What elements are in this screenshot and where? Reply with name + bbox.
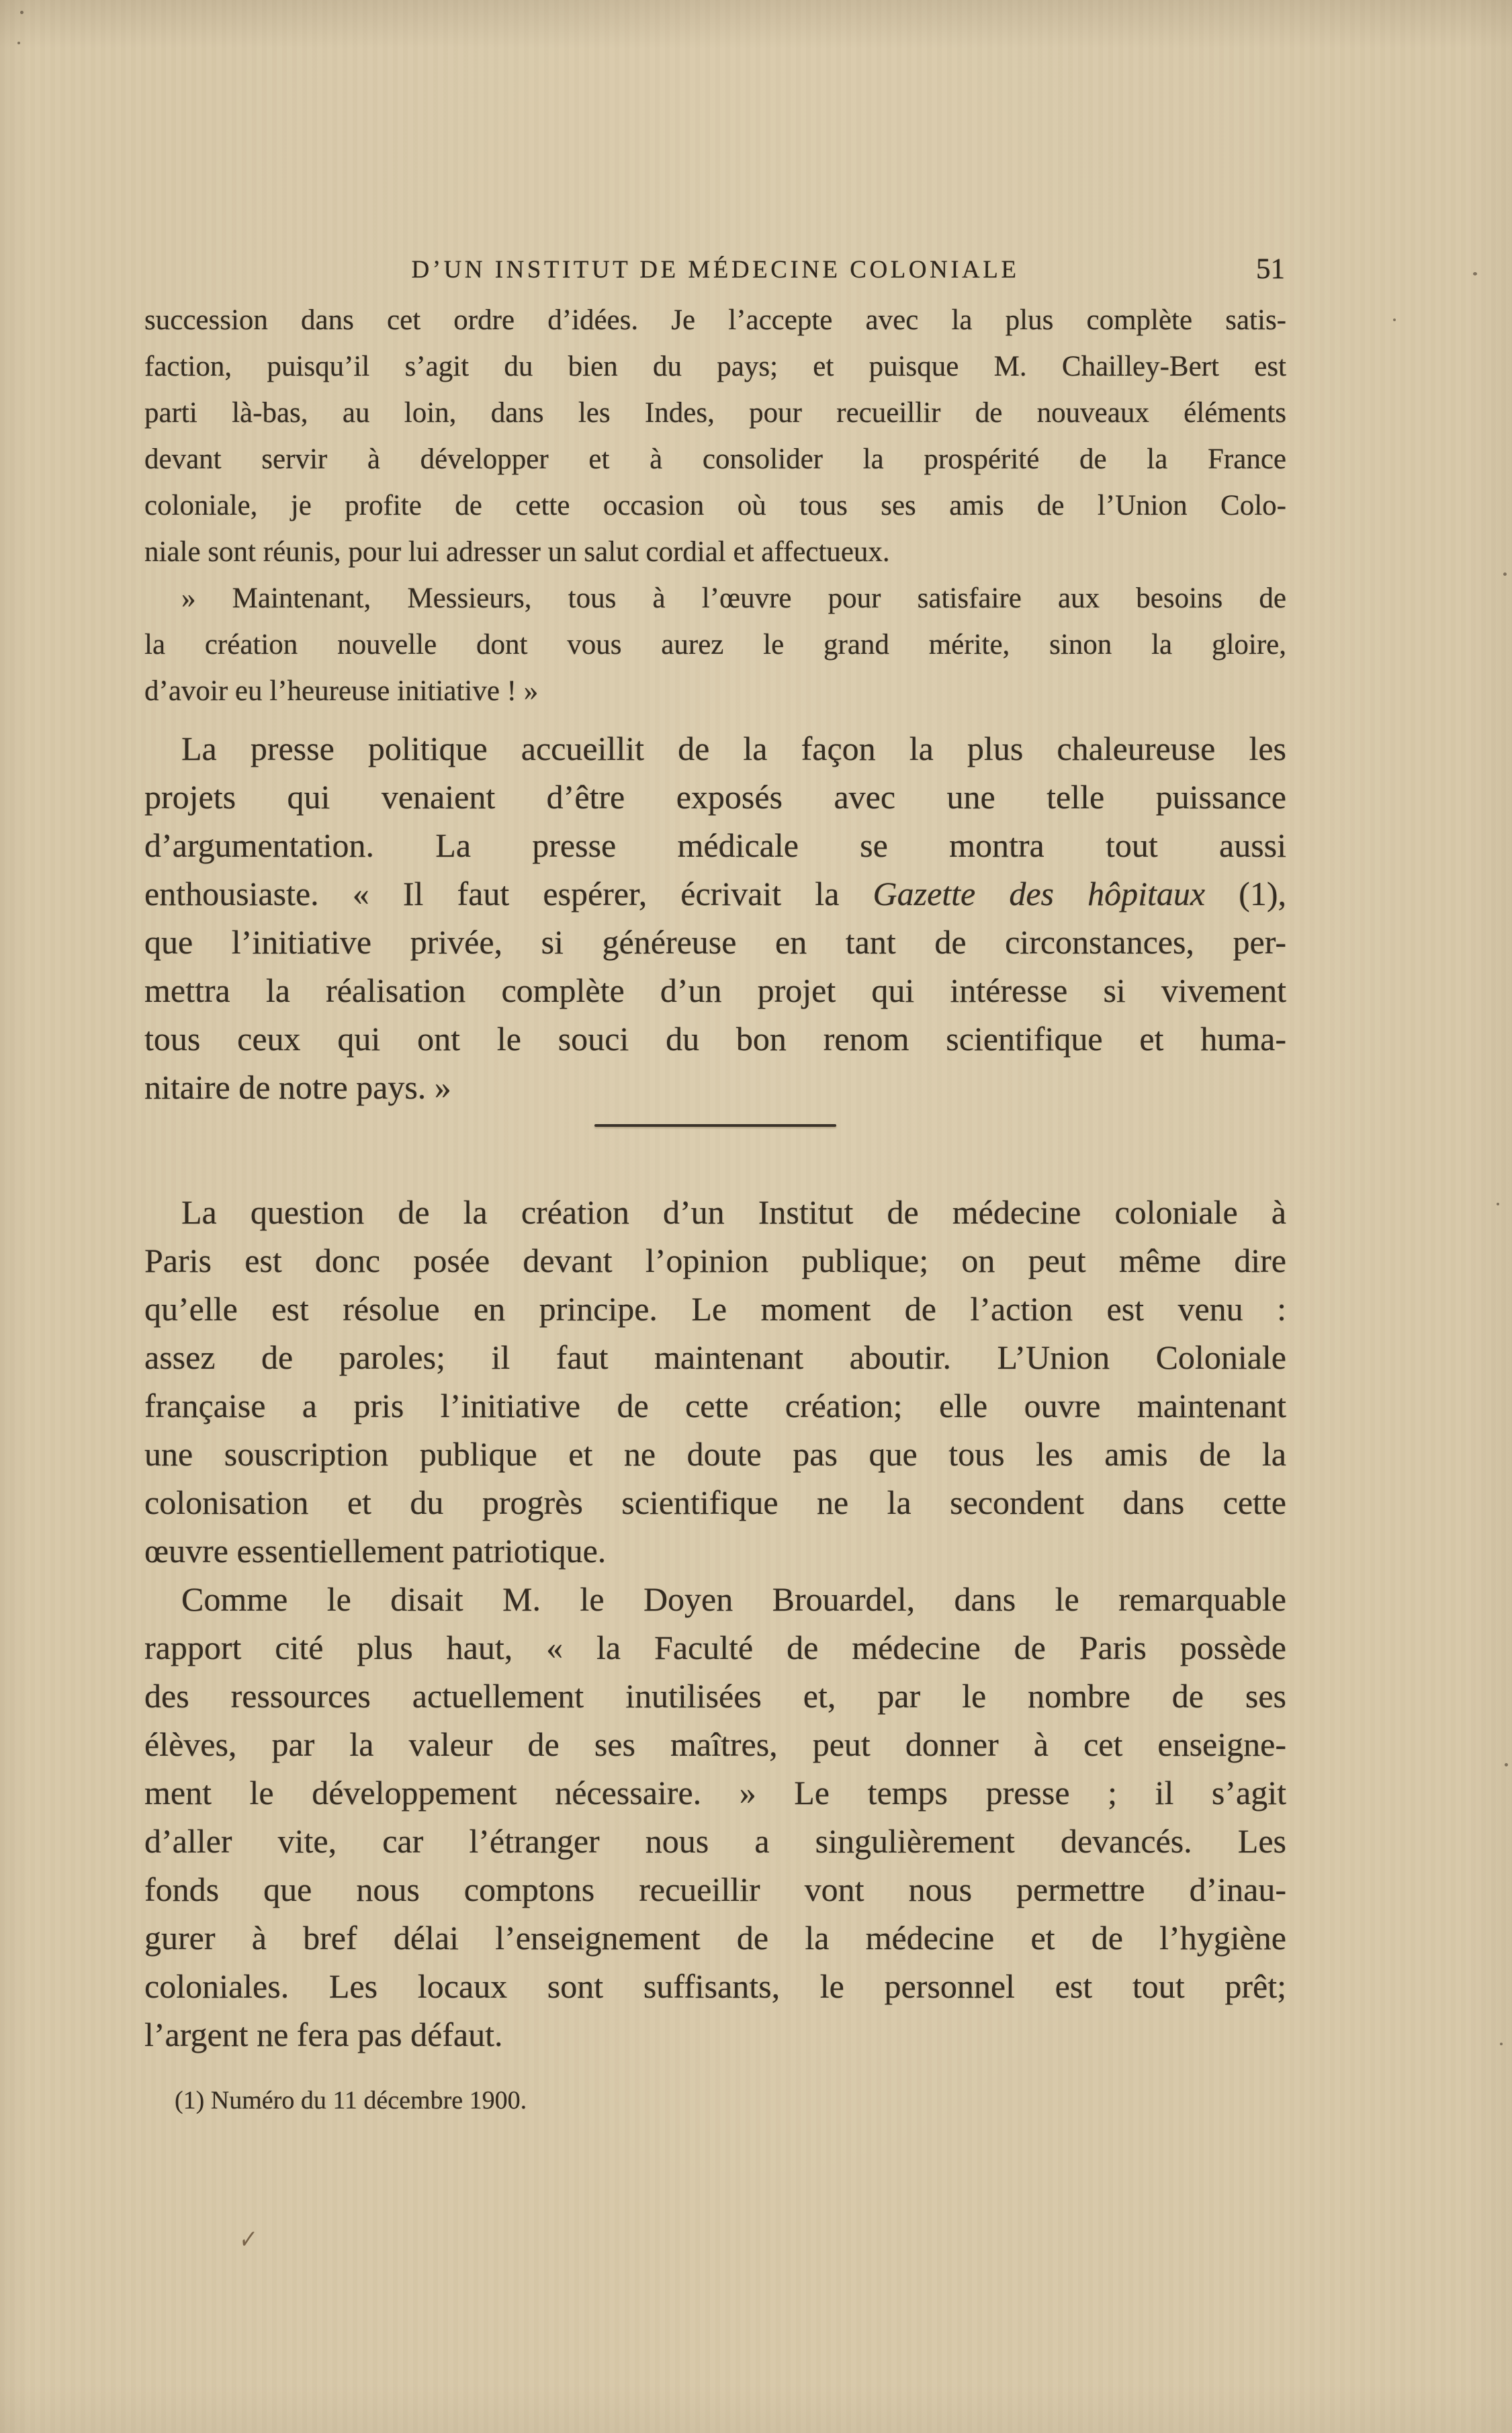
text-line-with-citation: enthousiaste. « Il faut espérer, écrivai… [144, 869, 1286, 918]
text-line: mettra la réalisation complète d’un proj… [144, 966, 1286, 1015]
text-line: Comme le disait M. le Doyen Brouardel, d… [144, 1575, 1286, 1623]
text-line: nitaire de notre pays. » [144, 1063, 1286, 1111]
text-line: d’argumentation. La presse médicale se m… [144, 821, 1286, 869]
running-title: D’UN INSTITUT DE MÉDECINE COLONIALE [144, 255, 1286, 284]
text-line: parti là-bas, au loin, dans les Indes, p… [144, 390, 1286, 436]
text-line: colonisation et du progrès scientifique … [144, 1478, 1286, 1527]
text-line: élèves, par la valeur de ses maîtres, pe… [144, 1720, 1286, 1768]
text-line: gurer à bref délai l’enseignement de la … [144, 1914, 1286, 1962]
book-page: D’UN INSTITUT DE MÉDECINE COLONIALE 51 s… [0, 0, 1512, 2433]
text-line: qu’elle est résolue en principe. Le mome… [144, 1285, 1286, 1333]
text-line: coloniale, je profite de cette occasion … [144, 482, 1286, 529]
text-line: d’avoir eu l’heureuse initiative ! » [144, 668, 1286, 714]
text-line: la création nouvelle dont vous aurez le … [144, 622, 1286, 668]
text-line: française a pris l’initiative de cette c… [144, 1381, 1286, 1430]
paper-speck [1393, 318, 1396, 321]
text-line: La question de la création d’un Institut… [144, 1188, 1286, 1236]
footnote-reference: (1), [1205, 875, 1286, 912]
text-line: Paris est donc posée devant l’opinion pu… [144, 1236, 1286, 1285]
paper-speck [20, 11, 24, 14]
paper-speck [1505, 1763, 1508, 1766]
text-line: une souscription publique et ne doute pa… [144, 1430, 1286, 1478]
text-line: que l’initiative privée, si généreuse en… [144, 918, 1286, 966]
text-segment: enthousiaste. « Il faut espérer, écrivai… [144, 875, 873, 912]
text-line: devant servir à développer et à consolid… [144, 436, 1286, 482]
text-line: La presse politique accueillit de la faç… [144, 724, 1286, 773]
text-line: coloniales. Les locaux sont suffisants, … [144, 1962, 1286, 2010]
section-separator-rule [594, 1124, 836, 1127]
text-line: rapport cité plus haut, « la Faculté de … [144, 1623, 1286, 1672]
text-line: fonds que nous comptons recueillir vont … [144, 1865, 1286, 1914]
text-line: niale sont réunis, pour lui adresser un … [144, 529, 1286, 575]
paragraph-block-conclusion: La question de la création d’un Institut… [144, 1188, 1286, 2059]
text-line: projets qui venaient d’être exposés avec… [144, 773, 1286, 821]
paper-speck [1500, 2043, 1503, 2045]
paper-speck [17, 42, 20, 44]
paper-speck [1497, 1203, 1499, 1205]
text-line: faction, puisqu’il s’agit du bien du pay… [144, 343, 1286, 390]
paragraph-block-quote-continuation: succession dans cet ordre d’idées. Je l’… [144, 297, 1286, 714]
paragraph-block-press: La presse politique accueillit de la faç… [144, 724, 1286, 1111]
paper-speck [1473, 272, 1477, 275]
pen-mark-artifact: ✓ [238, 2222, 259, 2258]
text-line: tous ceux qui ont le souci du bon renom … [144, 1015, 1286, 1063]
page-number: 51 [1256, 253, 1285, 286]
text-line: l’argent ne fera pas défaut. [144, 2010, 1286, 2059]
text-line: succession dans cet ordre d’idées. Je l’… [144, 297, 1286, 343]
text-line: ment le développement nécessaire. » Le t… [144, 1768, 1286, 1817]
text-line: assez de paroles; il faut maintenant abo… [144, 1333, 1286, 1381]
text-line: œuvre essentiellement patriotique. [144, 1527, 1286, 1575]
page-header: D’UN INSTITUT DE MÉDECINE COLONIALE 51 [144, 255, 1286, 293]
text-line: des ressources actuellement inutilisées … [144, 1672, 1286, 1720]
paper-speck [1503, 572, 1507, 576]
text-line: d’aller vite, car l’étranger nous a sing… [144, 1817, 1286, 1865]
text-line: » Maintenant, Messieurs, tous à l’œuvre … [144, 575, 1286, 622]
journal-title-citation: Gazette des hôpitaux [873, 875, 1206, 912]
footnote: (1) Numéro du 11 décembre 1900. [144, 2083, 1286, 2118]
